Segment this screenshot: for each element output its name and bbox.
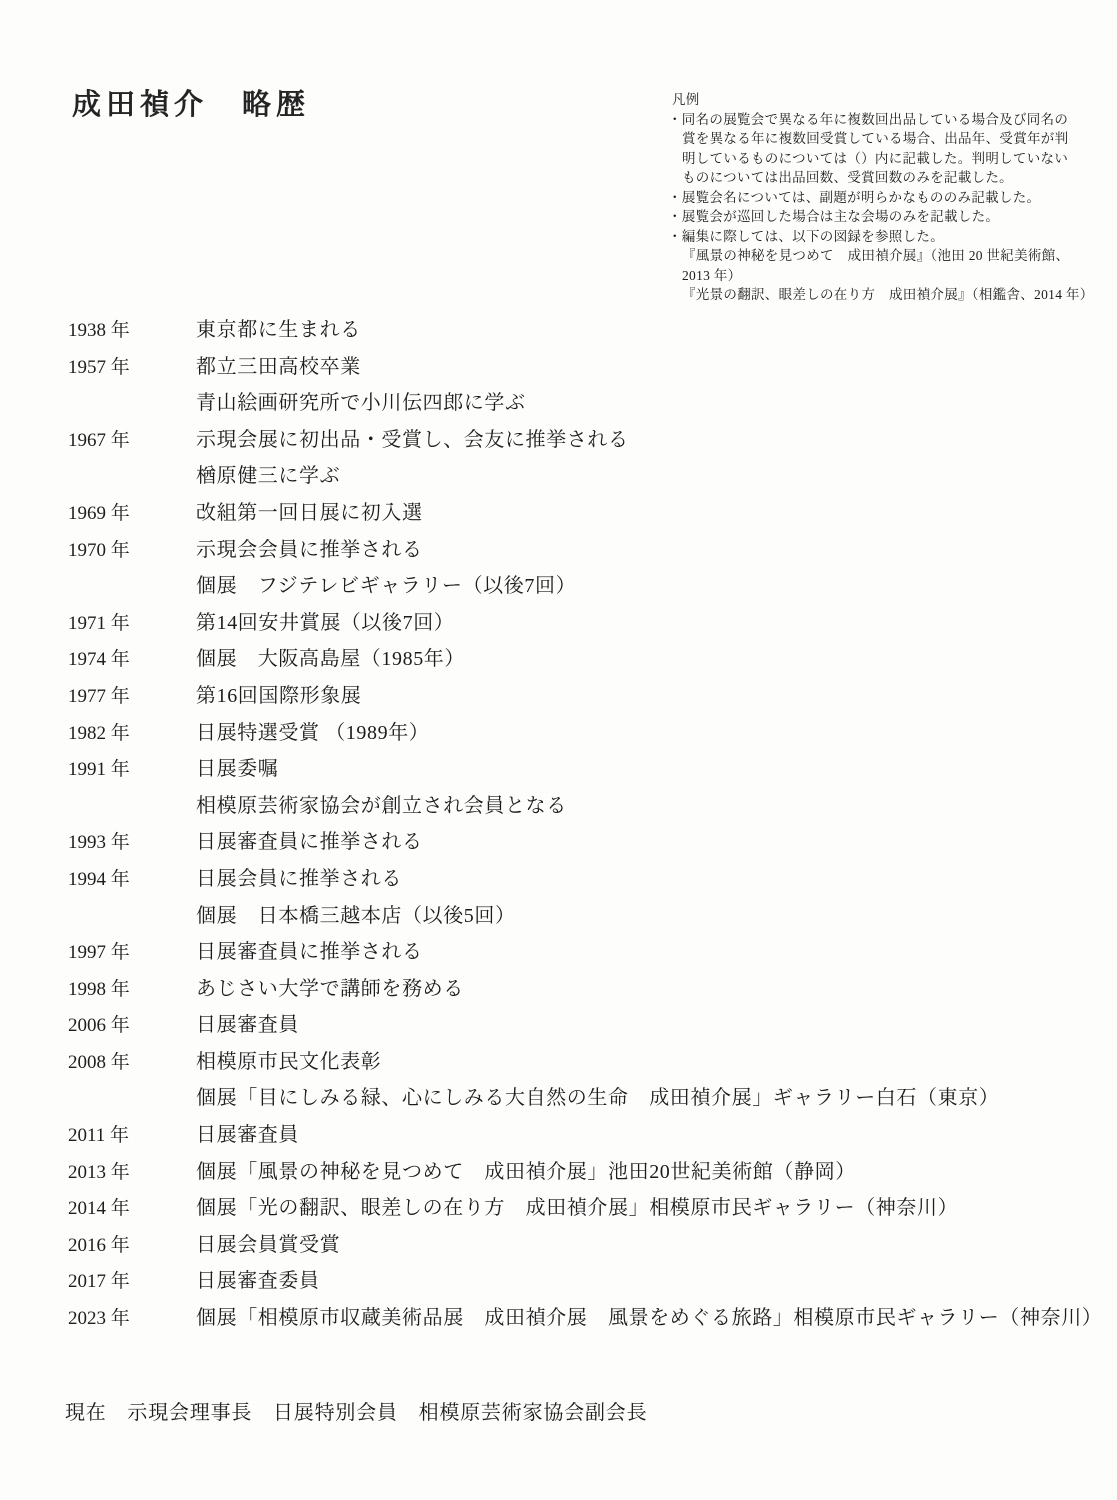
timeline-event: 改組第一回日展に初入選: [196, 495, 423, 532]
legend-line: ・同名の展覧会で異なる年に複数回出品している場合及び同名の: [668, 110, 1100, 130]
timeline-event: 個展「目にしみる緑、心にしみる大自然の生命 成田禎介展」ギャラリー白石（東京）: [196, 1080, 999, 1117]
timeline-event: 日展委嘱: [196, 751, 278, 788]
legend-line: 2013 年）: [668, 266, 1100, 286]
timeline-year: 1967 年: [68, 423, 196, 460]
timeline-year: 1998 年: [68, 972, 196, 1009]
timeline-event: 青山絵画研究所で小川伝四郎に学ぶ: [196, 385, 526, 422]
page-title: 成田禎介 略歴: [72, 82, 310, 123]
timeline-row: 1970 年示現会会員に推挙される: [0, 532, 1117, 569]
timeline-year: 1970 年: [68, 533, 196, 570]
timeline-row: 1998 年あじさい大学で講師を務める: [0, 971, 1117, 1008]
timeline-event: 個展「光の翻訳、眼差しの在り方 成田禎介展」相模原市民ギャラリー（神奈川）: [196, 1190, 958, 1227]
legend-line: 『光景の翻訳、眼差しの在り方 成田禎介展』（相鑑舎、2014 年）: [668, 285, 1100, 305]
timeline-row: 1994 年日展会員に推挙される: [0, 861, 1117, 898]
timeline-row: 2016 年日展会員賞受賞: [0, 1227, 1117, 1264]
timeline-row: 2014 年個展「光の翻訳、眼差しの在り方 成田禎介展」相模原市民ギャラリー（神…: [0, 1190, 1117, 1227]
timeline-event: 日展審査員: [196, 1007, 299, 1044]
current-positions: 現在 示現会理事長 日展特別会員 相模原芸術家協会副会長: [65, 1396, 647, 1425]
legend-line: ・編集に際しては、以下の図録を参照した。: [668, 227, 1100, 247]
timeline-year: 1974 年: [68, 642, 196, 679]
timeline-event: 日展特選受賞 （1989年）: [196, 715, 429, 752]
timeline-event: 示現会会員に推挙される: [196, 532, 423, 569]
timeline-row: 1977 年第16回国際形象展: [0, 678, 1117, 715]
legend: 凡例 ・同名の展覧会で異なる年に複数回出品している場合及び同名の賞を異なる年に複…: [668, 90, 1100, 305]
timeline-year: 2023 年: [68, 1301, 196, 1338]
timeline-event: 楢原健三に学ぶ: [196, 458, 340, 495]
timeline-event: 相模原芸術家協会が創立され会員となる: [196, 788, 567, 825]
timeline-row: 1957 年都立三田高校卒業: [0, 349, 1117, 386]
timeline-row: 1997 年日展審査員に推挙される: [0, 934, 1117, 971]
timeline-event: 日展会員賞受賞: [196, 1227, 340, 1264]
timeline-year: 1997 年: [68, 935, 196, 972]
timeline-year: 2014 年: [68, 1191, 196, 1228]
legend-line: 明しているものについては（）内に記載した。判明していない: [668, 149, 1100, 169]
timeline-event: 個展 フジテレビギャラリー（以後7回）: [196, 568, 576, 605]
legend-line: 『風景の神秘を見つめて 成田禎介展』（池田 20 世紀美術館、: [668, 246, 1100, 266]
timeline-row: 2023 年個展「相模原市収蔵美術品展 成田禎介展 風景をめぐる旅路」相模原市民…: [0, 1300, 1117, 1337]
timeline-year: 1991 年: [68, 752, 196, 789]
timeline-event: 都立三田高校卒業: [196, 349, 361, 386]
legend-line: ・展覧会が巡回した場合は主な会場のみを記載した。: [668, 207, 1100, 227]
legend-lines: ・同名の展覧会で異なる年に複数回出品している場合及び同名の賞を異なる年に複数回受…: [668, 110, 1100, 305]
timeline: 1938 年東京都に生まれる1957 年都立三田高校卒業青山絵画研究所で小川伝四…: [0, 312, 1117, 1337]
legend-line: ものについては出品回数、受賞回数のみを記載した。: [668, 168, 1100, 188]
timeline-event: あじさい大学で講師を務める: [196, 971, 464, 1008]
timeline-event: 個展「相模原市収蔵美術品展 成田禎介展 風景をめぐる旅路」相模原市民ギャラリー（…: [196, 1300, 1102, 1337]
timeline-row: 2008 年相模原市民文化表彰: [0, 1044, 1117, 1081]
timeline-row: 楢原健三に学ぶ: [0, 458, 1117, 495]
timeline-event: 日展審査委員: [196, 1263, 320, 1300]
timeline-year: 2011 年: [68, 1118, 196, 1155]
timeline-event: 日展審査員: [196, 1117, 299, 1154]
timeline-row: 2006 年日展審査員: [0, 1007, 1117, 1044]
timeline-row: 2011 年日展審査員: [0, 1117, 1117, 1154]
timeline-row: 個展 フジテレビギャラリー（以後7回）: [0, 568, 1117, 605]
timeline-year: 1982 年: [68, 716, 196, 753]
timeline-year: 2008 年: [68, 1045, 196, 1082]
timeline-year: 1977 年: [68, 679, 196, 716]
timeline-row: 1993 年日展審査員に推挙される: [0, 824, 1117, 861]
timeline-event: 東京都に生まれる: [196, 312, 361, 349]
timeline-row: 1969 年改組第一回日展に初入選: [0, 495, 1117, 532]
timeline-event: 個展「風景の神秘を見つめて 成田禎介展」池田20世紀美術館（静岡）: [196, 1154, 856, 1191]
timeline-event: 日展審査員に推挙される: [196, 934, 423, 971]
timeline-row: 2017 年日展審査委員: [0, 1263, 1117, 1300]
timeline-row: 個展 日本橋三越本店（以後5回）: [0, 898, 1117, 935]
timeline-row: 2013 年個展「風景の神秘を見つめて 成田禎介展」池田20世紀美術館（静岡）: [0, 1154, 1117, 1191]
timeline-row: 1967 年示現会展に初出品・受賞し、会友に推挙される: [0, 422, 1117, 459]
timeline-year: 2006 年: [68, 1008, 196, 1045]
timeline-year: 1957 年: [68, 350, 196, 387]
timeline-event: 個展 大阪高島屋（1985年）: [196, 641, 465, 678]
document-page: 成田禎介 略歴 凡例 ・同名の展覧会で異なる年に複数回出品している場合及び同名の…: [0, 0, 1117, 1500]
timeline-row: 1982 年日展特選受賞 （1989年）: [0, 715, 1117, 752]
timeline-row: 相模原芸術家協会が創立され会員となる: [0, 788, 1117, 825]
timeline-row: 1974 年個展 大阪高島屋（1985年）: [0, 641, 1117, 678]
timeline-year: 1994 年: [68, 862, 196, 899]
timeline-event: 個展 日本橋三越本店（以後5回）: [196, 898, 516, 935]
timeline-year: 1969 年: [68, 496, 196, 533]
timeline-row: 1971 年第14回安井賞展（以後7回）: [0, 605, 1117, 642]
timeline-event: 日展会員に推挙される: [196, 861, 402, 898]
timeline-event: 示現会展に初出品・受賞し、会友に推挙される: [196, 422, 629, 459]
legend-heading: 凡例: [668, 90, 1100, 110]
timeline-year: 2016 年: [68, 1228, 196, 1265]
timeline-event: 相模原市民文化表彰: [196, 1044, 381, 1081]
timeline-year: 2013 年: [68, 1155, 196, 1192]
legend-line: 賞を異なる年に複数回受賞している場合、出品年、受賞年が判: [668, 129, 1100, 149]
timeline-event: 第14回安井賞展（以後7回）: [196, 605, 454, 642]
timeline-row: 個展「目にしみる緑、心にしみる大自然の生命 成田禎介展」ギャラリー白石（東京）: [0, 1080, 1117, 1117]
timeline-year: 1938 年: [68, 313, 196, 350]
legend-line: ・展覧会名については、副題が明らかなもののみ記載した。: [668, 188, 1100, 208]
timeline-row: 青山絵画研究所で小川伝四郎に学ぶ: [0, 385, 1117, 422]
timeline-row: 1991 年日展委嘱: [0, 751, 1117, 788]
timeline-event: 日展審査員に推挙される: [196, 824, 423, 861]
timeline-row: 1938 年東京都に生まれる: [0, 312, 1117, 349]
timeline-year: 2017 年: [68, 1264, 196, 1301]
timeline-year: 1971 年: [68, 606, 196, 643]
timeline-event: 第16回国際形象展: [196, 678, 361, 715]
timeline-year: 1993 年: [68, 825, 196, 862]
